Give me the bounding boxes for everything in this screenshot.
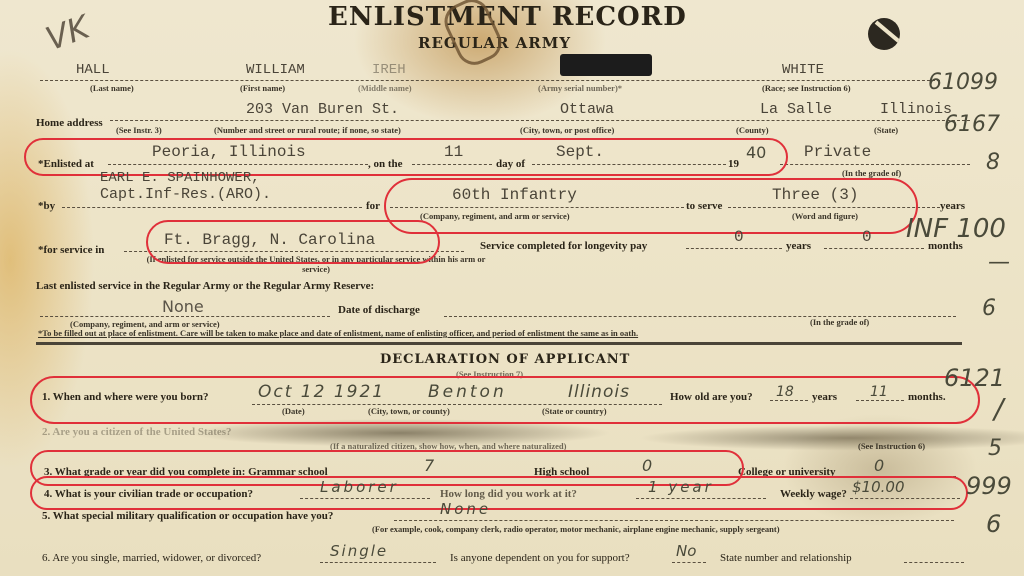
by-label: *by <box>38 200 55 212</box>
qualification-caption: (For example, cook, company clerk, radio… <box>372 524 780 534</box>
name-line <box>40 80 940 81</box>
city-caption: (City, town, or post office) <box>520 125 614 135</box>
red-annotation-birth <box>30 376 980 424</box>
first-name-value: WILLIAM <box>246 62 305 78</box>
q5-label: 5. What special military qualification o… <box>42 510 333 522</box>
officer-name: EARL E. SPAINHOWER, <box>100 170 260 186</box>
margin-note-11: 6 <box>986 510 1001 538</box>
last-service-value: None <box>162 297 204 316</box>
longevity-years-label: years <box>786 240 811 252</box>
last-name-caption: (Last name) <box>90 83 134 93</box>
longevity-years-value: 0 <box>734 228 744 246</box>
grade-value: Private <box>804 143 871 161</box>
race-value: WHITE <box>782 62 824 78</box>
declaration-title: DECLARATION OF APPLICANT <box>380 352 630 367</box>
officer-rank: Capt.Inf-Res.(ARO). <box>100 186 271 203</box>
longevity-months-line <box>824 248 924 249</box>
longevity-years-line <box>686 248 782 249</box>
by-line <box>62 207 362 208</box>
grade-line <box>780 164 970 165</box>
q2-instruction: (See Instruction 6) <box>858 441 925 451</box>
serial-number-caption: (Army serial number)* <box>538 83 622 93</box>
qualification-line <box>394 520 954 521</box>
margin-note-5: — <box>988 250 1010 275</box>
qualification-value: None <box>440 500 491 518</box>
marital-value: Single <box>330 542 388 560</box>
q6-label: 6. Are you single, married, widower, or … <box>42 552 261 564</box>
years-label: years <box>940 200 965 212</box>
red-annotation-unit <box>384 178 918 234</box>
margin-note-2: 6167 <box>944 112 1000 137</box>
discharge-label: Date of discharge <box>338 304 420 316</box>
county-value: La Salle <box>760 101 832 118</box>
margin-note-8: / <box>994 392 1003 425</box>
college-value: 0 <box>874 456 884 475</box>
county-caption: (County) <box>736 125 769 135</box>
address-label-caption: (See Instr. 3) <box>116 125 162 135</box>
serial-number-redaction <box>560 54 652 76</box>
section-divider <box>36 342 962 345</box>
marital-line <box>320 562 436 563</box>
dependent-label: Is anyone dependent on you for support? <box>450 552 630 564</box>
street-caption: (Number and street or rural route; if no… <box>214 125 401 135</box>
last-service-label: Last enlisted service in the Regular Arm… <box>36 280 374 292</box>
margin-note-7: 6121 <box>944 364 1005 392</box>
last-name-value: HALL <box>76 62 110 78</box>
address-line <box>110 120 970 121</box>
middle-name-value: IREH <box>372 62 406 78</box>
discharge-line <box>444 316 956 317</box>
footnote: *To be filled out at place of enlistment… <box>38 328 638 338</box>
home-address-label: Home address <box>36 117 103 129</box>
margin-note-10: 999 <box>966 472 1012 500</box>
state-caption: (State) <box>874 125 898 135</box>
dependent-line <box>672 562 706 563</box>
middle-name-caption: (Middle name) <box>358 83 412 93</box>
margin-note-4: INF 100 <box>906 214 1006 244</box>
red-annotation-service <box>146 220 440 264</box>
relationship-line <box>904 562 964 563</box>
corner-initials: VK <box>41 8 94 58</box>
q2-label: 2. Are you a citizen of the United State… <box>42 426 232 438</box>
dependent-value: No <box>676 542 696 560</box>
state-value: Illinois <box>880 101 952 118</box>
last-service-line <box>40 316 330 317</box>
margin-note-3: 8 <box>986 150 1000 175</box>
margin-note-9: 5 <box>988 436 1002 461</box>
street-value: 203 Van Buren St. <box>246 101 399 118</box>
margin-note-1: 61099 <box>928 70 998 95</box>
form-title: ENLISTMENT RECORD <box>328 2 687 32</box>
service-in-label: *for service in <box>38 244 104 256</box>
first-name-caption: (First name) <box>240 83 285 93</box>
city-value: Ottawa <box>560 101 614 118</box>
grade-caption: (In the grade of) <box>842 168 901 178</box>
circle-stamp-icon <box>868 18 900 50</box>
race-caption: (Race; see Instruction 6) <box>762 83 851 93</box>
last-grade-caption: (In the grade of) <box>810 317 869 327</box>
red-annotation-occupation <box>30 476 968 510</box>
margin-note-6: 6 <box>982 296 996 321</box>
for-label: for <box>366 200 380 212</box>
longevity-months-value: 0 <box>862 228 872 246</box>
relationship-label: State number and relationship <box>720 552 852 564</box>
longevity-label: Service completed for longevity pay <box>480 240 647 252</box>
